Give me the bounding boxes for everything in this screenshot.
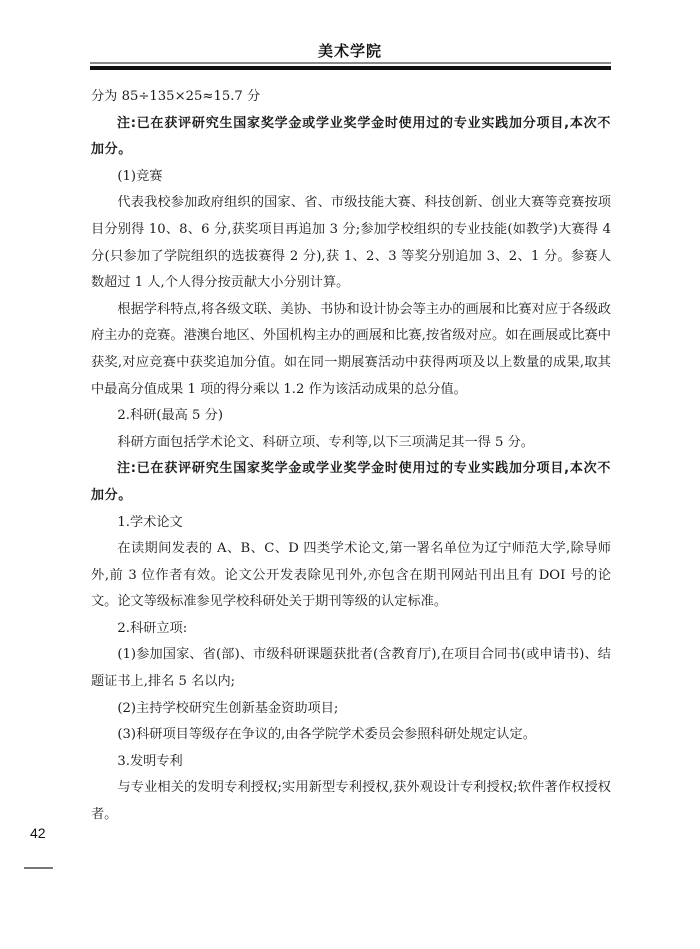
subheading-competition: (1)竞赛 bbox=[91, 164, 611, 191]
calc-result-line: 分为 85÷135×25≈15.7 分 bbox=[91, 84, 611, 111]
body-paragraph: 在读期间发表的 A、B、C、D 四类学术论文,第一署名单位为辽宁师范大学,除导师… bbox=[91, 536, 611, 616]
subheading-patents: 3.发明专利 bbox=[91, 749, 611, 776]
footer-rule bbox=[24, 867, 53, 869]
subheading-projects: 2.科研立项: bbox=[91, 616, 611, 643]
page-body: 分为 85÷135×25≈15.7 分 注:已在获评研究生国家奖学金或学业奖学金… bbox=[91, 84, 611, 829]
list-item: (1)参加国家、省(部)、市级科研课题获批者(含教育厅),在项目合同书(或申请书… bbox=[91, 642, 611, 695]
header-rule-thin bbox=[90, 62, 611, 64]
list-item: (2)主持学校研究生创新基金资助项目; bbox=[91, 696, 611, 723]
note-paragraph: 注:已在获评研究生国家奖学金或学业奖学金时使用过的专业实践加分项目,本次不加分。 bbox=[91, 111, 611, 164]
body-paragraph: 科研方面包括学术论文、科研立项、专利等,以下三项满足其一得 5 分。 bbox=[91, 430, 611, 457]
running-header-title: 美术学院 bbox=[0, 40, 700, 61]
body-paragraph: 与专业相关的发明专利授权;实用新型专利授权,获外观设计专利授权;软件著作权授权者… bbox=[91, 775, 611, 828]
body-paragraph: 代表我校参加政府组织的国家、省、市级技能大赛、科技创新、创业大赛等竞赛按项目分别… bbox=[91, 190, 611, 296]
page-number: 42 bbox=[30, 825, 46, 841]
body-paragraph: 根据学科特点,将各级文联、美协、书协和设计协会等主办的画展和比赛对应于各级政府主… bbox=[91, 297, 611, 403]
list-item: (3)科研项目等级存在争议的,由各学院学术委员会参照科研处规定认定。 bbox=[91, 722, 611, 749]
subheading-papers: 1.学术论文 bbox=[91, 510, 611, 537]
section-heading-research: 2.科研(最高 5 分) bbox=[91, 403, 611, 430]
header-rule-thick bbox=[90, 66, 611, 70]
note-paragraph: 注:已在获评研究生国家奖学金或学业奖学金时使用过的专业实践加分项目,本次不加分。 bbox=[91, 456, 611, 509]
